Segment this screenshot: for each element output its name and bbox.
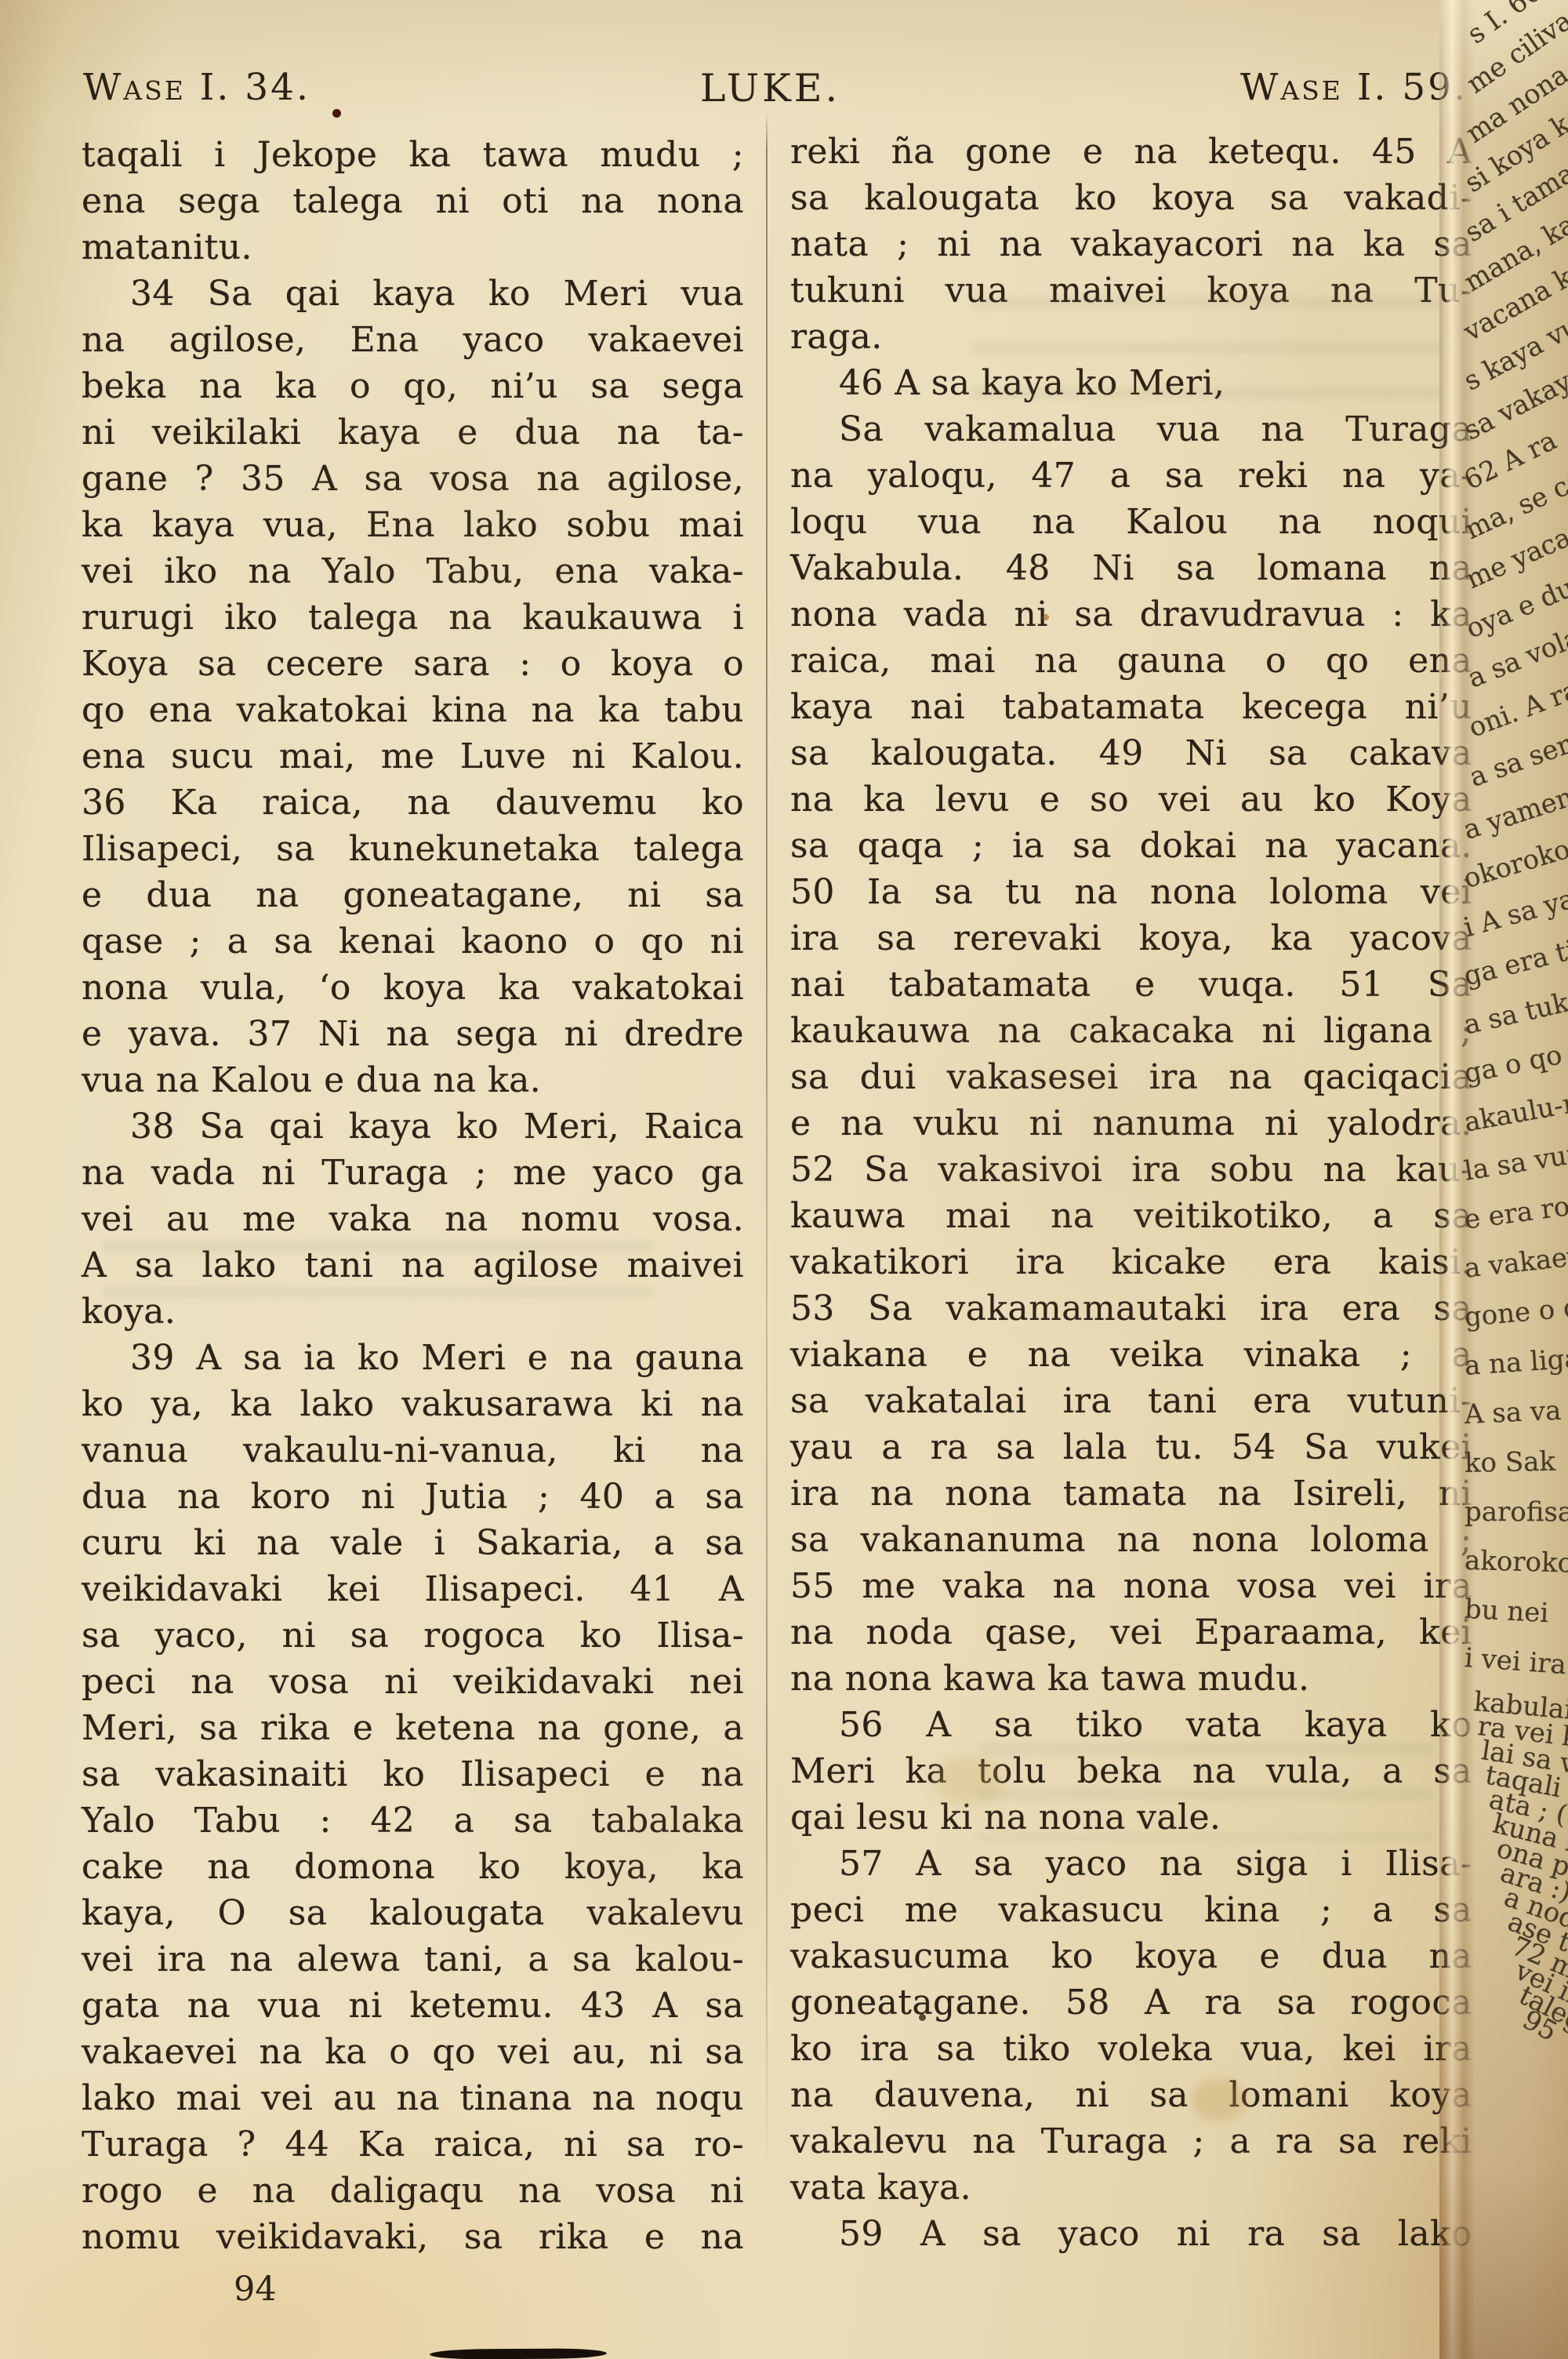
text-line: na agilose, Ena yaco vakaevei bbox=[82, 317, 744, 363]
text-line: ka kaya vua, Ena lako sobu mai bbox=[82, 502, 744, 548]
text-line: na nona kawa ka tawa mudu. bbox=[790, 1656, 1472, 1702]
text-line: na noda qase, vei Eparaama, kei bbox=[790, 1609, 1472, 1656]
running-head-right: Wase I. 59. bbox=[1240, 66, 1468, 116]
text-line: ira na nona tamata na Isireli, ni bbox=[790, 1470, 1472, 1517]
text-line: sa yaco, ni sa rogoca ko Ilisa- bbox=[82, 1612, 744, 1659]
text-line: qai lesu ki na nona vale. bbox=[790, 1794, 1472, 1841]
edge-text-fragment: parofisai m bbox=[1465, 1496, 1568, 1528]
text-line: 57 A sa yaco na siga i Ilisa- bbox=[790, 1841, 1472, 1887]
text-line: cake na domona ko koya, ka bbox=[82, 1844, 744, 1890]
page-number: 94 bbox=[234, 2270, 277, 2309]
edge-text-fragment: ko Sak bbox=[1465, 1446, 1556, 1479]
text-line: gata na vua ni ketemu. 43 A sa bbox=[82, 1983, 744, 2029]
text-line: kaukauwa na cakacaka ni ligana ; bbox=[790, 1008, 1472, 1054]
text-line: qase ; a sa kenai kaono o qo ni bbox=[82, 918, 744, 965]
text-line: sa vakasinaiti ko Ilisapeci e na bbox=[82, 1751, 744, 1797]
text-line: taqali i Jekope ka tawa mudu ; bbox=[82, 132, 744, 178]
text-line: vakaevei na ka o qo vei au, ni sa bbox=[82, 2029, 744, 2075]
text-line: e dua na goneatagane, ni sa bbox=[82, 872, 744, 918]
text-line: raica, mai na gauna o qo ena bbox=[790, 638, 1472, 684]
text-line: vanua vakaulu-ni-vanua, ki na bbox=[82, 1427, 744, 1474]
text-line: 50 Ia sa tu na nona loloma vei bbox=[790, 869, 1472, 915]
text-line: dua na koro ni Jutia ; 40 a sa bbox=[82, 1474, 744, 1520]
text-line: 59 A sa yaco ni ra sa lako bbox=[790, 2211, 1472, 2257]
text-line: sa qaqa ; ia sa dokai na yacana. bbox=[790, 823, 1472, 869]
text-line: na dauvena, ni sa lomani koya bbox=[790, 2072, 1472, 2118]
text-line: 53 Sa vakamamautaki ira era sa bbox=[790, 1285, 1472, 1332]
text-line: nomu veikidavaki, sa rika e na bbox=[82, 2214, 744, 2260]
text-line: reki ña gone e na ketequ. 45 A bbox=[790, 129, 1472, 175]
text-line: ira sa rerevaki koya, ka yacova bbox=[790, 915, 1472, 961]
left-column: taqali i Jekope ka tawa mudu ;ena sega t… bbox=[82, 132, 744, 2260]
text-line: goneatagane. 58 A ra sa rogoca bbox=[790, 1979, 1472, 2026]
text-line: Meri ka tolu beka na vula, a sa bbox=[790, 1748, 1472, 1794]
text-line: Koya sa cecere sara : o koya o bbox=[82, 641, 744, 687]
text-line: vakasucuma ko koya e dua na bbox=[790, 1933, 1472, 1979]
text-line: lako mai vei au na tinana na noqu bbox=[82, 2075, 744, 2121]
text-line: viakana e na veika vinaka ; a bbox=[790, 1332, 1472, 1378]
text-line: vei ira na alewa tani, a sa kalou- bbox=[82, 1936, 744, 1983]
text-line: matanitu. bbox=[82, 224, 744, 271]
edge-text-fragment: bu nei bbox=[1464, 1594, 1549, 1629]
text-line: Vakabula. 48 Ni sa lomana na bbox=[790, 545, 1472, 591]
text-line: sa kalougata. 49 Ni sa cakava bbox=[790, 730, 1472, 776]
text-line: vua na Kalou e dua na ka. bbox=[82, 1057, 744, 1103]
text-line: A sa lako tani na agilose maivei bbox=[82, 1242, 744, 1289]
text-line: 55 me vaka na nona vosa vei ira bbox=[790, 1563, 1472, 1609]
running-head-left: Wase I. 34. bbox=[83, 66, 310, 116]
text-line: vei iko na Yalo Tabu, ena vaka- bbox=[82, 548, 744, 594]
text-line: nona vula, ‘o koya ka vakatokai bbox=[82, 965, 744, 1011]
text-line: 39 A sa ia ko Meri e na gauna bbox=[82, 1335, 744, 1381]
text-line: nai tabatamata e vuqa. 51 Sa bbox=[790, 961, 1472, 1008]
text-line: vei au me vaka na nomu vosa. bbox=[82, 1196, 744, 1242]
text-line: ena sucu mai, me Luve ni Kalou. bbox=[82, 733, 744, 780]
text-line: sa vakananuma na nona loloma ; bbox=[790, 1517, 1472, 1563]
text-line: loqu vua na Kalou na noqui bbox=[790, 499, 1472, 545]
text-line: na ka levu e so vei au ko Koya bbox=[790, 776, 1472, 823]
text-line: Ilisapeci, sa kunekunetaka talega bbox=[82, 826, 744, 872]
text-line: nona vada ni sa dravudravua : ka bbox=[790, 591, 1472, 638]
text-line: ko ira sa tiko voleka vua, kei ira bbox=[790, 2026, 1472, 2072]
text-line: kaya nai tabatamata kecega ni’u bbox=[790, 684, 1472, 730]
text-line: 56 A sa tiko vata kaya ko bbox=[790, 1702, 1472, 1748]
text-line: Yalo Tabu : 42 a sa tabalaka bbox=[82, 1797, 744, 1844]
text-line: sa dui vakasesei ira na qaciqacia bbox=[790, 1054, 1472, 1100]
text-line: 52 Sa vakasivoi ira sobu na kau- bbox=[790, 1147, 1472, 1193]
text-line: peci me vakasucu kina ; a sa bbox=[790, 1887, 1472, 1933]
text-line: 34 Sa qai kaya ko Meri vua bbox=[82, 271, 744, 317]
ink-stain bbox=[332, 109, 341, 118]
edge-text-fragment: A sa va bbox=[1464, 1395, 1562, 1430]
right-column: reki ña gone e na ketequ. 45 Asa kalouga… bbox=[790, 129, 1472, 2257]
text-line: raga. bbox=[790, 314, 1472, 360]
edge-text-fragment: akorokoro bbox=[1464, 1545, 1568, 1580]
text-line: e yava. 37 Ni na sega ni dredre bbox=[82, 1011, 744, 1057]
text-line: sa vakatalai ira tani era vutuni- bbox=[790, 1378, 1472, 1424]
text-line: nata ; ni na vakayacori na ka sa bbox=[790, 221, 1472, 267]
text-line: tukuni vua maivei koya na Tu- bbox=[790, 267, 1472, 314]
running-head-center: LUKE. bbox=[700, 66, 840, 116]
text-line: 36 Ka raica, na dauvemu ko bbox=[82, 780, 744, 826]
text-line: rurugi iko talega na kaukauwa i bbox=[82, 594, 744, 641]
text-line: vakalevu na Turaga ; a ra sa reki bbox=[790, 2118, 1472, 2165]
text-line: ni veikilaki kaya e dua na ta- bbox=[82, 409, 744, 456]
text-line: Sa vakamalua vua na Turaga bbox=[790, 406, 1472, 453]
text-line: ko ya, ka lako vakusarawa ki na bbox=[82, 1381, 744, 1427]
text-line: 46 A sa kaya ko Meri, bbox=[790, 360, 1472, 406]
text-line: kaya, O sa kalougata vakalevu bbox=[82, 1890, 744, 1936]
text-line: Meri, sa rika e ketena na gone, a bbox=[82, 1705, 744, 1751]
text-line: qo ena vakatokai kina na ka tabu bbox=[82, 687, 744, 733]
text-line: curu ki na vale i Sakaria, a sa bbox=[82, 1520, 744, 1566]
text-line: Turaga ? 44 Ka raica, ni sa ro- bbox=[82, 2121, 744, 2168]
text-line: kauwa mai na veitikotiko, a sa bbox=[790, 1193, 1472, 1239]
book-page-photo: Wase I. 34. LUKE. Wase I. 59. taqali i J… bbox=[0, 0, 1568, 2359]
scan-edge-mark bbox=[430, 2348, 607, 2359]
text-line: yau a ra sa lala tu. 54 Sa vukei bbox=[790, 1424, 1472, 1470]
text-line: e na vuku ni nanuma ni yalodra. bbox=[790, 1100, 1472, 1147]
text-line: ena sega talega ni oti na nona bbox=[82, 178, 744, 224]
text-line: rogo e na daligaqu na vosa ni bbox=[82, 2168, 744, 2214]
text-line: sa kalougata ko koya sa vakadi- bbox=[790, 175, 1472, 221]
text-line: gane ? 35 A sa vosa na agilose, bbox=[82, 456, 744, 502]
text-line: peci na vosa ni veikidavaki nei bbox=[82, 1659, 744, 1705]
text-line: na yaloqu, 47 a sa reki na ya- bbox=[790, 453, 1472, 499]
text-line: na vada ni Turaga ; me yaco ga bbox=[82, 1150, 744, 1196]
text-line: 38 Sa qai kaya ko Meri, Raica bbox=[82, 1103, 744, 1150]
text-line: veikidavaki kei Ilisapeci. 41 A bbox=[82, 1566, 744, 1612]
text-line: koya. bbox=[82, 1289, 744, 1335]
text-line: vakatikori ira kicake era kaisi. bbox=[790, 1239, 1472, 1285]
column-divider-rule bbox=[766, 111, 768, 2182]
text-line: beka na ka o qo, ni’u sa sega bbox=[82, 363, 744, 409]
text-line: vata kaya. bbox=[790, 2165, 1472, 2211]
